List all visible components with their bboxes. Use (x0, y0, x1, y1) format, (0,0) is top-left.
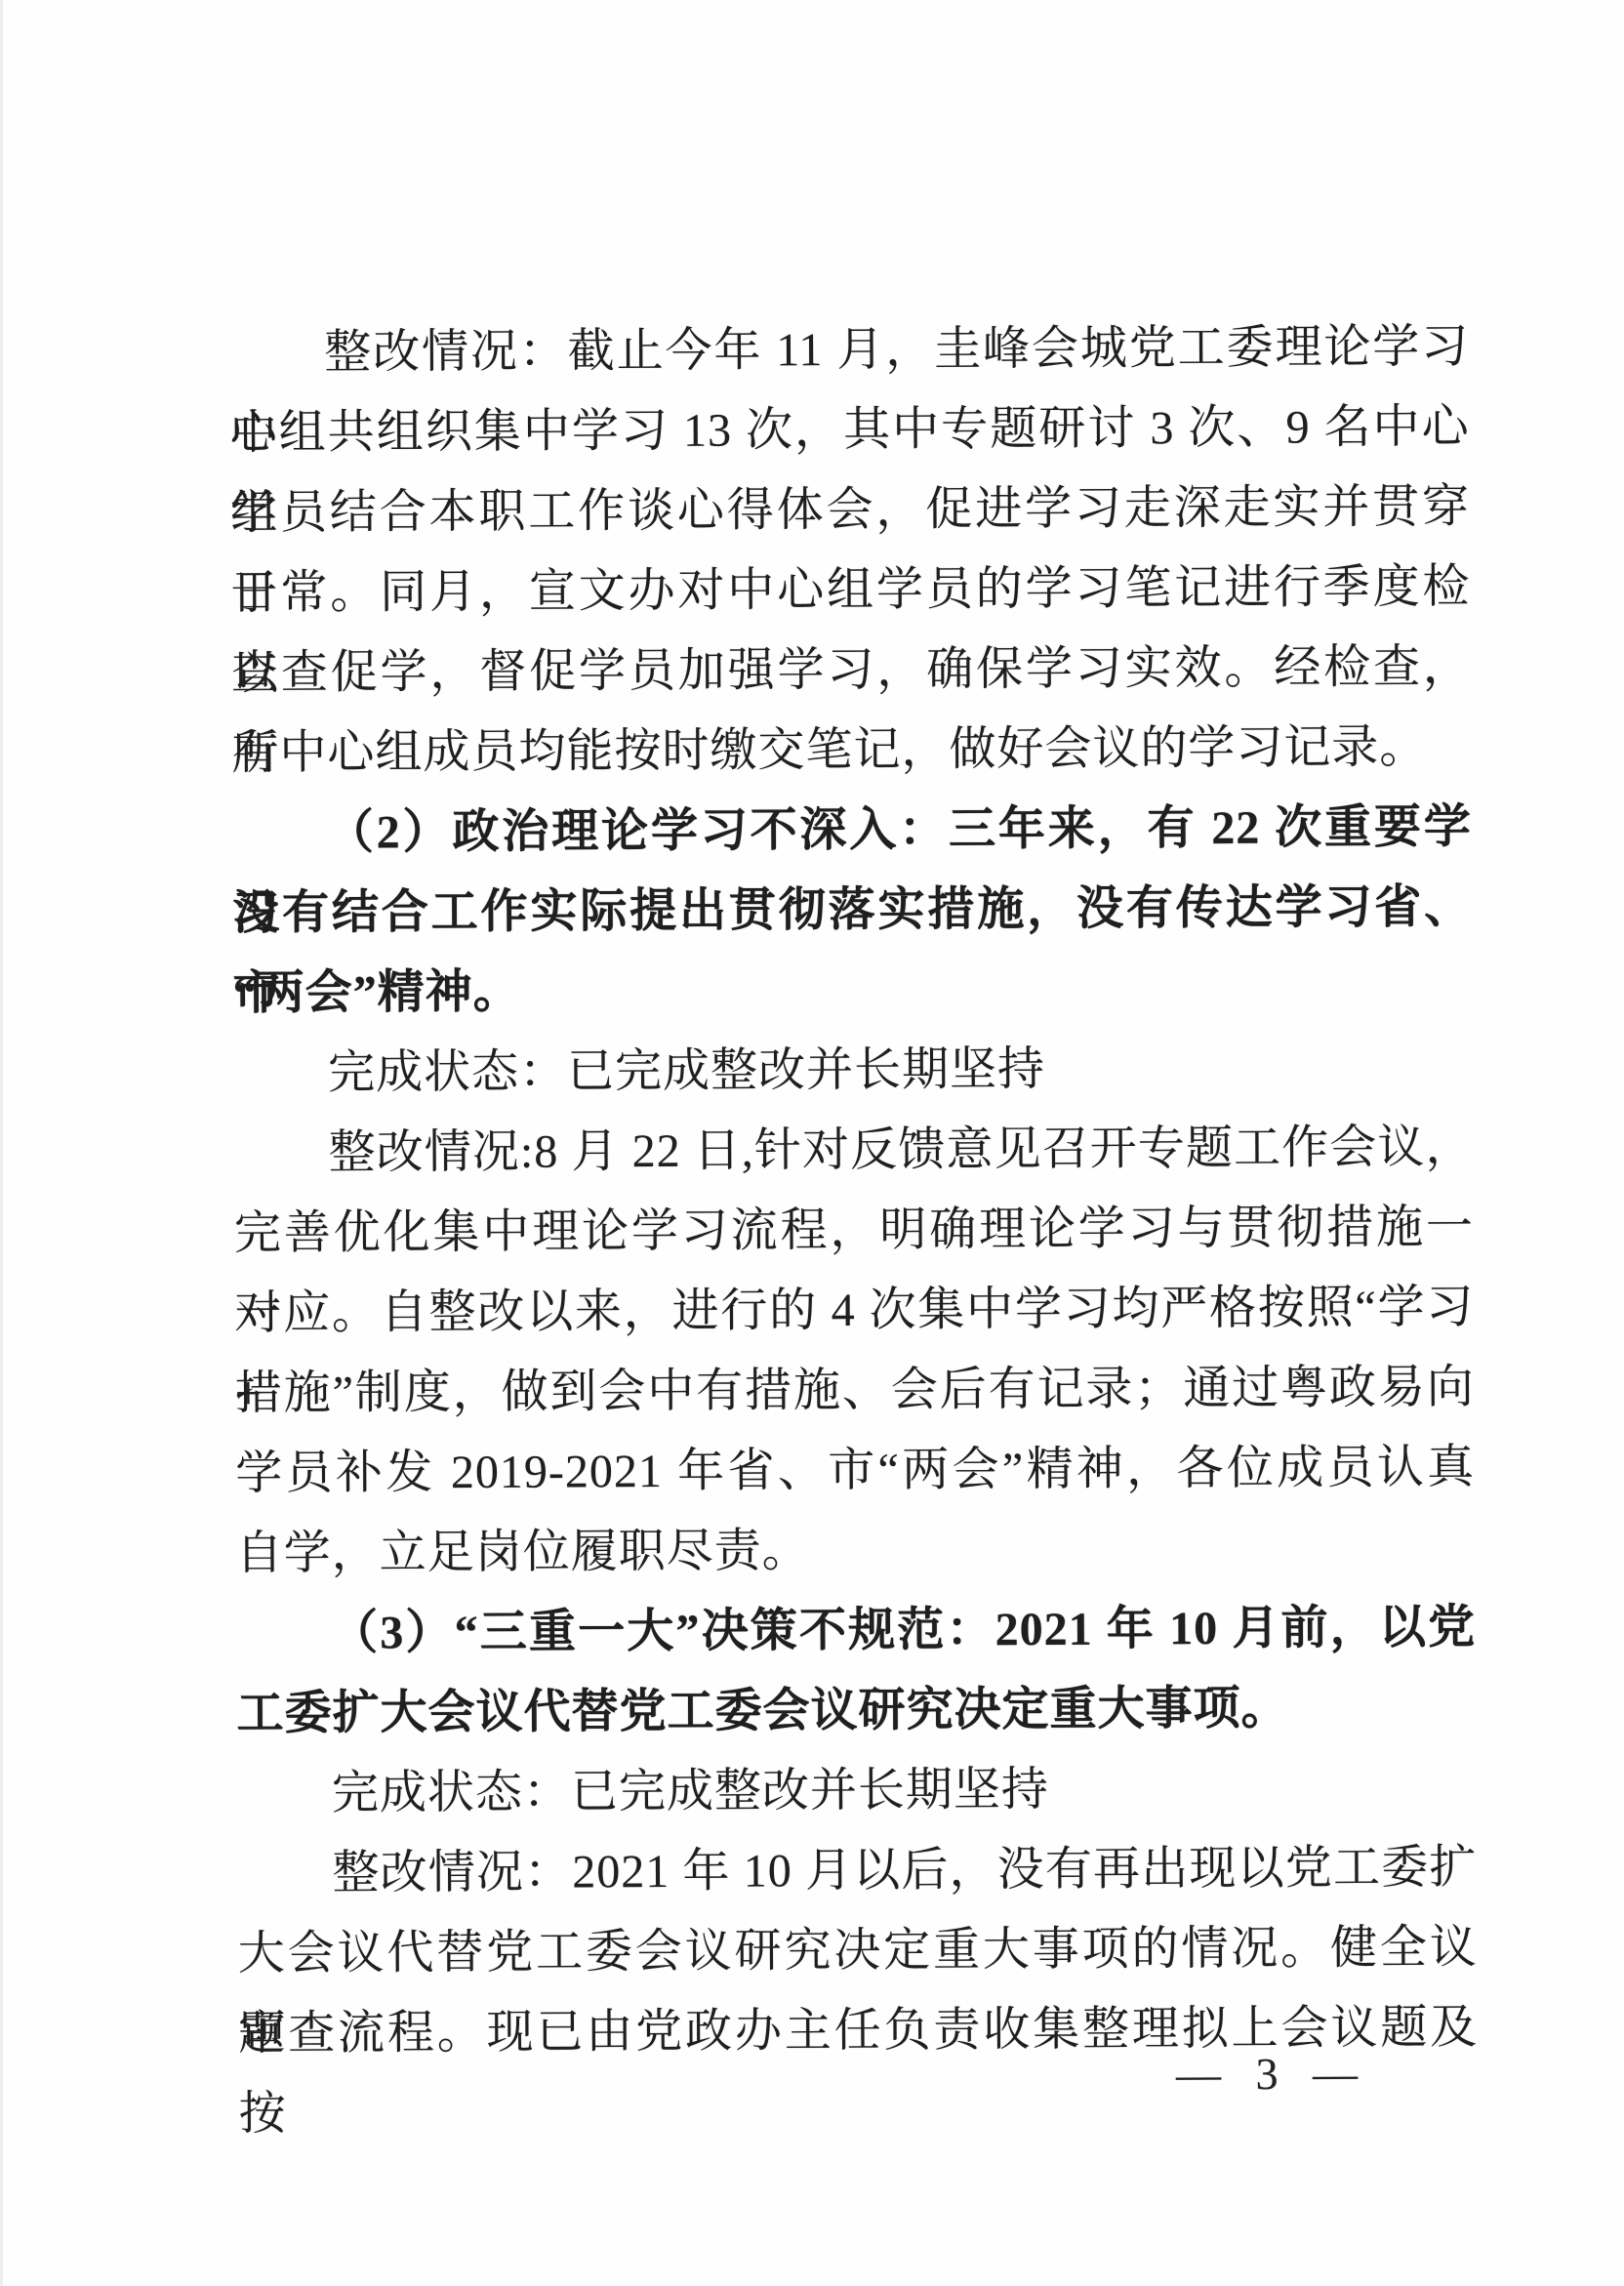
text-line: 完善优化集中理论学习流程，明确理论学习与贯彻措施一一 (234, 1188, 1474, 1275)
text-line: 整改情况：2021 年 10 月以后，没有再出现以党工委扩 (237, 1828, 1477, 1915)
text-line: 对应。自整改以来，进行的 4 次集中学习均严格按照“学习+ (234, 1268, 1474, 1355)
text-line: 工委扩大会议代替党工委会议研究决定重大事项。 (236, 1668, 1476, 1755)
text-line: 完成状态：已完成整改并长期坚持 (233, 1028, 1473, 1115)
text-line: （3）“三重一大”决策不规范：2021 年 10 月前，以党 (236, 1588, 1476, 1675)
text-line: （2）政治理论学习不深入：三年来，有 22 次重要学习 (232, 788, 1472, 875)
document-page: 整改情况：截止今年 11 月，圭峰会城党工委理论学习中心组共组织集中学习 13 … (0, 0, 1624, 2286)
text-line: “两会”精神。 (232, 948, 1472, 1035)
text-line: 学员结合本职工作谈心得体会，促进学习走深走实并贯穿于 (230, 468, 1470, 554)
text-line: 心组共组织集中学习 13 次，其中专题研讨 3 次、9 名中心组 (229, 388, 1469, 474)
text-line: 整改情况：截止今年 11 月，圭峰会城党工委理论学习中 (229, 307, 1469, 394)
text-line: 措施”制度，做到会中有措施、会后有记录；通过粤政易向 (235, 1348, 1475, 1435)
text-line: 以查促学，督促学员加强学习，确保学习实效。经检查，所 (231, 628, 1471, 714)
text-line: 有中心组成员均能按时缴交笔记，做好会议的学习记录。 (231, 708, 1471, 795)
text-line: 完成状态：已完成整改并长期坚持 (237, 1748, 1477, 1835)
text-line: 日常。同月，宣文办对中心组学员的学习笔记进行季度检查， (230, 548, 1470, 634)
text-line: 大会议代替党工委会议研究决定重大事项的情况。健全议题 (238, 1908, 1478, 1995)
document-body: 整改情况：截止今年 11 月，圭峰会城党工委理论学习中心组共组织集中学习 13 … (229, 307, 1478, 2075)
page-number: — 3 — (1176, 2047, 1369, 2100)
text-line: 学员补发 2019-2021 年省、市“两会”精神，各位成员认真 (235, 1428, 1475, 1515)
text-line: 整改情况:8 月 22 日,针对反馈意见召开专题工作会议， (233, 1108, 1473, 1195)
text-line: 自学，立足岗位履职尽责。 (235, 1508, 1475, 1595)
text-line: 没有结合工作实际提出贯彻落实措施，没有传达学习省、市 (232, 868, 1472, 955)
